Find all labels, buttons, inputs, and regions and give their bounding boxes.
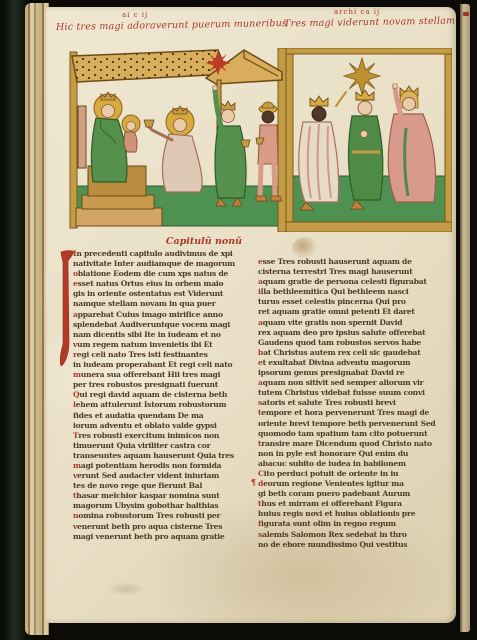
text-line: thasar melchior kaspar nomina sunt [73,491,259,501]
text-line: quomodo tam spatium tam cito potuerunt [258,429,452,439]
paragraph-mark: ¶ [251,477,256,487]
header-left-annotation: ai c ij [122,11,148,19]
parchment-stain [106,582,146,596]
offering-cup-icon [144,120,154,127]
text-column-right: esse Tres robusti hauserunt aquam decist… [258,257,452,550]
christ-child-figure [122,115,140,152]
manuscript-page: ai c ij Hic tres magi adoraverunt puerum… [46,7,456,623]
text-line: oblatione Eodem die cum xps natus de [73,269,259,279]
clasped-hands [361,131,368,138]
text-line: gi beth coram puero padebant Aurum [258,489,452,499]
text-line: fides et audatia quendam De ma [73,411,259,421]
header-right-annotation: archi ca ij [334,8,380,16]
text-line: ret aquam gratie omni petenti Et daret [258,307,452,317]
text-line: illa bethleemitica Qui bethleem nasci [258,287,452,297]
text-line: per tres robustos presignati fuerunt [73,380,259,390]
star-of-bethlehem-icon [205,50,230,75]
miniature-magi-see-star [286,48,452,232]
text-line: nomina robustorum Tres robusti per [73,511,259,521]
miniature-adoration-of-magi [68,48,286,232]
text-line: gis in oriente ostentatus est Viderunt [73,289,259,299]
text-line: transire mare Dicendum quod Christo nato [258,439,452,449]
crown-icon [356,90,374,100]
text-line: nam dicentis sibi Ite in iudeam et no [73,330,259,340]
text-line: In precedenti capitulo audivimus de xpi [73,249,259,259]
text-line: et exultabat Divina adventu magorum [258,358,452,368]
text-line: in iudeam properabant Et regi celi nato [73,360,259,370]
text-line: turus esset celestis pincerna Qui pro [258,297,452,307]
kneeling-magus-figure [144,106,202,192]
chapter-heading: Capitulũ nonũ [124,236,284,247]
text-line: bat Christus autem rex celi sic gaudebat [258,348,452,358]
text-line: timuerunt Quia viriliter castra cor [73,441,259,451]
text-line: esset natus Ortus eius in orbem maio [73,279,259,289]
text-line: ipsorum genus presignabat David re [258,368,452,378]
text-line: munera sua offerebant Hii tres magi [73,370,259,380]
moorish-king-figure [299,96,339,210]
parchment-stain [292,237,318,259]
text-line: figurata sunt olim in regno regum [258,519,452,529]
text-line: cisterna terrestri Tres magi hauserunt [258,267,452,277]
text-line: deorum regione Venientes igitur ma [258,479,452,489]
manuscript-photo: ai c ij Hic tres magi adoraverunt puerum… [0,0,477,640]
book-cover-edge [5,0,26,640]
text-line: tempore et hora pervenerunt Tres magi de [258,408,452,418]
text-line: lehem attulerunt Istorum robustorum [73,400,259,410]
crown-icon [310,96,328,106]
text-line: satoris et salute Tres robusti brevi [258,398,452,408]
text-line: oriente brevi tempore beth pervenerunt S… [258,419,452,429]
text-line: namque stellam novam in qua puer [73,299,259,309]
text-line: venerunt beth pro aqua cisterne Tres [73,522,259,532]
text-line: magorum Ubysim gobothar balthias [73,501,259,511]
text-line: regi celi nato Tres isti festinantes [73,350,259,360]
text-line: magi venerunt beth pro aquam gratie [73,532,259,542]
next-page-sliver [460,4,470,632]
text-line: Tres robusti exercitum inimicos non [73,431,259,441]
text-line: Cito perduci potuit de oriente in iu [258,469,452,479]
crown-icon [221,101,235,110]
text-line: salemis Salomon Rex sedebat in thro [258,530,452,540]
text-line: Gaudens quod tam robustos servos habe [258,338,452,348]
text-line: rex aquam deo pro ipsius salute offereba… [258,328,452,338]
header-right-rubric: Tres magi viderunt novam stellam [284,16,455,30]
green-king-figure [348,90,382,209]
text-line: magi potentiam herodis non formida [73,461,259,471]
text-line: aquam non sitivit sed semper aliorum vir [258,378,452,388]
text-line: tes de novo rege que fierunt Bal [73,481,259,491]
text-line: vum regem natum invenietis ibi Et [73,340,259,350]
header-left-rubric: Hic tres magi adoraverunt puerum munerib… [56,18,287,33]
crown-icon [173,106,187,114]
text-column-left: In precedenti capitulo audivimus de xpin… [73,249,259,542]
gift-vessel-icon [241,140,250,147]
pointing-magus-figure [213,86,251,207]
text-line: Qui regi david aquam de cisterna beth [73,390,259,400]
next-page-rubric-fragment [463,12,469,16]
text-line: splendebat Audiveruntque vocem magi [73,320,259,330]
text-line: tutem Christus videbat fuisse suum convi [258,388,452,398]
text-line: transeuntes aquam hauserunt Quia tres [73,451,259,461]
text-line: esse Tres robusti hauserunt aquam de [258,257,452,267]
text-line: huius regis novi et huius oblationis pre [258,509,452,519]
crown-icon [101,92,115,100]
text-line: nativitate Inter audiamque de magorum [73,259,259,269]
text-line: abacuc subito de iudea in babilonem [258,459,452,469]
text-line: aquam gratie de persona celesti figuraba… [258,277,452,287]
pink-king-figure [388,84,435,203]
text-line: verunt Sed audacter vident iniuriam [73,471,259,481]
text-line: no de ebore mundissimo Qui vestitus [258,540,452,550]
text-line: apparebat Cuius imago mirifice anno [73,310,259,320]
text-line: thus et mirram ei offerebant Figura [258,499,452,509]
text-line: aquam vite gratis non spernit David [258,318,452,328]
virgin-mary-figure [91,92,127,182]
text-line: iorum adventu et oblato valde gypsi [73,421,259,431]
text-line: non in pyle est honorare Qui enim du [258,449,452,459]
